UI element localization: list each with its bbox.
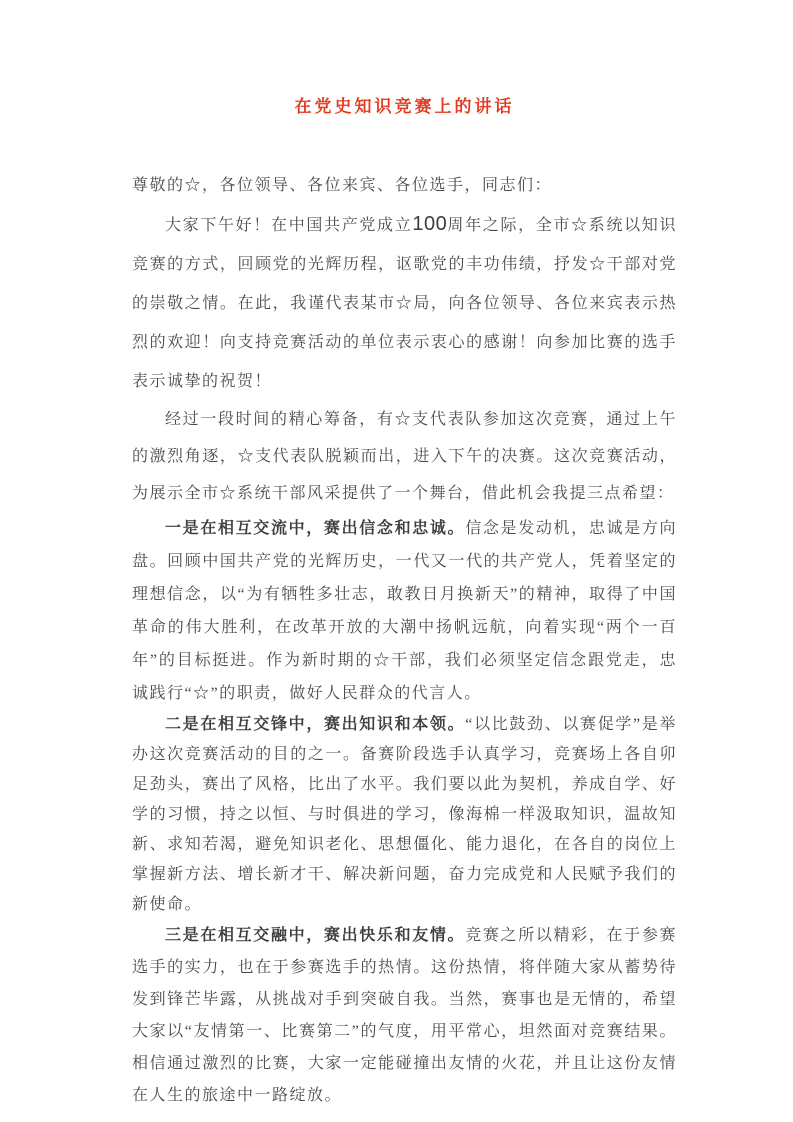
paragraph-hope-two-heading: 二是在相互交锋中，赛出知识和本领。 (165, 716, 465, 733)
paragraph-greeting-text-before-number: 大家下午好！在中国共产党成立 (165, 217, 412, 234)
paragraph-hope-three: 三是在相互交融中，赛出快乐和友情。竞赛之所以精彩，在于参赛选手的实力，也在于参赛… (132, 920, 677, 1112)
paragraph-preparation: 经过一段时间的精心筹备，有☆支代表队参加这次竞赛，通过上午的激烈角逐，☆支代表队… (132, 401, 677, 512)
paragraph-greeting: 大家下午好！在中国共产党成立100周年之际，全市☆系统以知识竞赛的方式，回顾党的… (132, 205, 677, 401)
paragraph-hope-three-body: 竞赛之所以精彩，在于参赛选手的实力，也在于参赛选手的热情。这份热情，将伴随大家从… (132, 927, 677, 1104)
paragraph-hope-one: 一是在相互交流中，赛出信念和忠诚。信念是发动机，忠诚是方向盘。回顾中国共产党的光… (132, 512, 677, 710)
document-page: 在党史知识竞赛上的讲话 尊敬的☆，各位领导、各位来宾、各位选手，同志们： 大家下… (0, 0, 793, 1122)
paragraph-hope-three-heading: 三是在相互交融中，赛出快乐和友情。 (165, 927, 465, 944)
salutation-line: 尊敬的☆，各位领导、各位来宾、各位选手，同志们： (132, 167, 677, 205)
document-title: 在党史知识竞赛上的讲话 (132, 97, 677, 117)
anniversary-number: 100 (412, 213, 447, 235)
paragraph-hope-one-body: 信念是发动机，忠诚是方向盘。回顾中国共产党的光辉历史，一代又一代的共产党人，凭着… (132, 520, 677, 702)
paragraph-hope-one-heading: 一是在相互交流中，赛出信念和忠诚。 (165, 520, 465, 537)
paragraph-hope-two: 二是在相互交锋中，赛出知识和本领。“以比鼓劲、以赛促学”是举办这次竞赛活动的目的… (132, 710, 677, 920)
paragraph-hope-two-body: “以比鼓劲、以赛促学”是举办这次竞赛活动的目的之一。备赛阶段选手认真学习，竞赛场… (132, 716, 677, 913)
paragraph-greeting-text-after-number: 周年之际，全市☆系统以知识竞赛的方式，回顾党的光辉历程，讴歌党的丰功伟绩，抒发☆… (132, 217, 677, 390)
